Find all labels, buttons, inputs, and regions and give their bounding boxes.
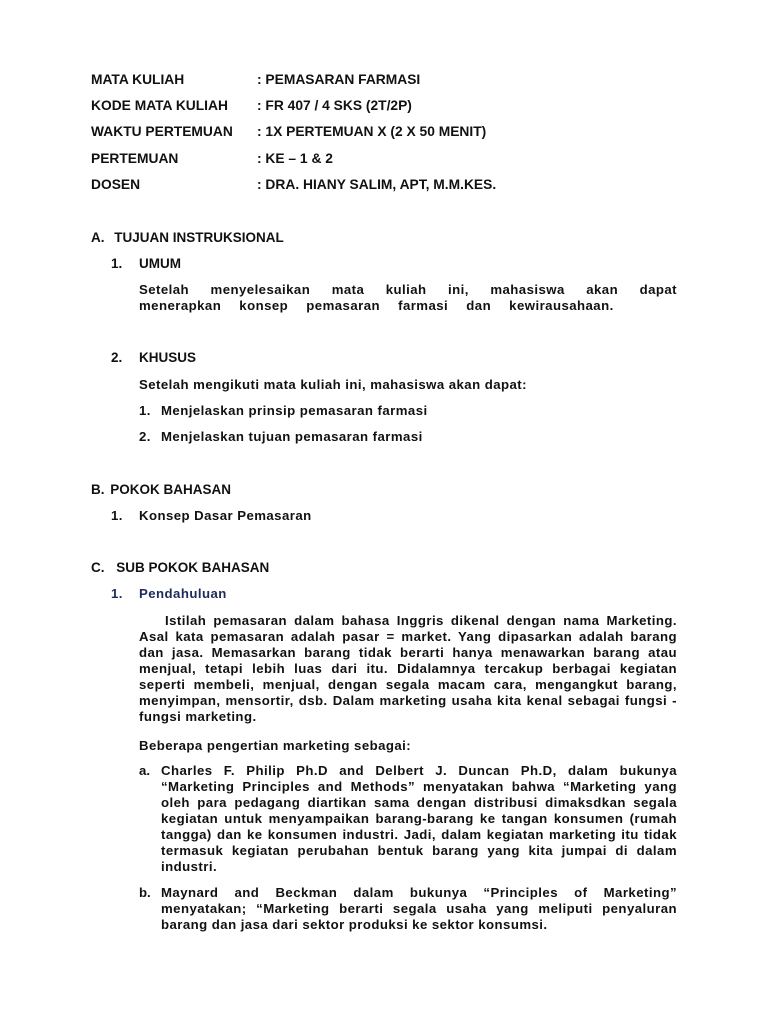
subsection-title: Pendahuluan	[139, 585, 227, 603]
section-a-heading: A. TUJUAN INSTRUKSIONAL	[91, 229, 284, 247]
definition-letter: a.	[139, 762, 150, 780]
course-info-value: : KE – 1 & 2	[257, 150, 333, 168]
khusus-list-item: 1. Menjelaskan prinsip pemasaran farmasi	[139, 402, 151, 420]
section-letter: C.	[91, 560, 105, 575]
list-text: Konsep Dasar Pemasaran	[139, 507, 312, 525]
subsection-number: 1.	[111, 586, 123, 601]
course-info-label: PERTEMUAN	[91, 150, 178, 168]
list-text: Menjelaskan prinsip pemasaran farmasi	[161, 402, 428, 420]
section-title: TUJUAN INSTRUKSIONAL	[114, 230, 284, 245]
definition-letter: b.	[139, 884, 151, 902]
list-number: 1.	[111, 508, 123, 523]
subsection-title: KHUSUS	[139, 349, 196, 367]
section-letter: A.	[91, 230, 105, 245]
section-title: POKOK BAHASAN	[110, 482, 231, 497]
subsection-number: 1.	[111, 256, 122, 271]
list-number: 1.	[139, 403, 151, 418]
pendahuluan-paragraph: Istilah pemasaran dalam bahasa Inggris d…	[139, 613, 677, 725]
definition-text: Maynard and Beckman dalam bukunya “Princ…	[161, 885, 677, 933]
subsection-title: UMUM	[139, 255, 181, 273]
course-info-label: WAKTU PERTEMUAN	[91, 123, 233, 141]
document-page: MATA KULIAH : PEMASARAN FARMASI KODE MAT…	[0, 0, 768, 1024]
subsection-khusus-heading: 2. KHUSUS	[111, 349, 122, 367]
subsection-umum-heading: 1. UMUM	[111, 255, 122, 273]
section-c-heading: C. SUB POKOK BAHASAN	[91, 559, 269, 577]
course-info-label: DOSEN	[91, 176, 140, 194]
khusus-list-item: 2. Menjelaskan tujuan pemasaran farmasi	[139, 428, 151, 446]
course-info-label: KODE MATA KULIAH	[91, 97, 228, 115]
course-info-value: : FR 407 / 4 SKS (2T/2P)	[257, 97, 412, 115]
course-info-label: MATA KULIAH	[91, 71, 184, 89]
list-number: 2.	[139, 429, 151, 444]
section-letter: B.	[91, 482, 105, 497]
section-title: SUB POKOK BAHASAN	[116, 560, 269, 575]
course-info-value: : DRA. HIANY SALIM, APT, M.M.KES.	[257, 176, 496, 194]
list-text: Menjelaskan tujuan pemasaran farmasi	[161, 428, 423, 446]
definitions-intro: Beberapa pengertian marketing sebagai:	[139, 737, 411, 755]
subsection-pendahuluan-heading: 1. Pendahuluan	[111, 585, 123, 603]
pokok-bahasan-item: 1. Konsep Dasar Pemasaran	[111, 507, 123, 525]
definition-text: Charles F. Philip Ph.D and Delbert J. Du…	[161, 763, 677, 875]
umum-paragraph: Setelah menyelesaikan mata kuliah ini, m…	[139, 282, 677, 314]
course-info-value: : 1X PERTEMUAN X (2 X 50 MENIT)	[257, 123, 486, 141]
section-b-heading: B. POKOK BAHASAN	[91, 481, 231, 499]
subsection-number: 2.	[111, 350, 122, 365]
khusus-intro: Setelah mengikuti mata kuliah ini, mahas…	[139, 376, 527, 394]
course-info-value: : PEMASARAN FARMASI	[257, 71, 420, 89]
